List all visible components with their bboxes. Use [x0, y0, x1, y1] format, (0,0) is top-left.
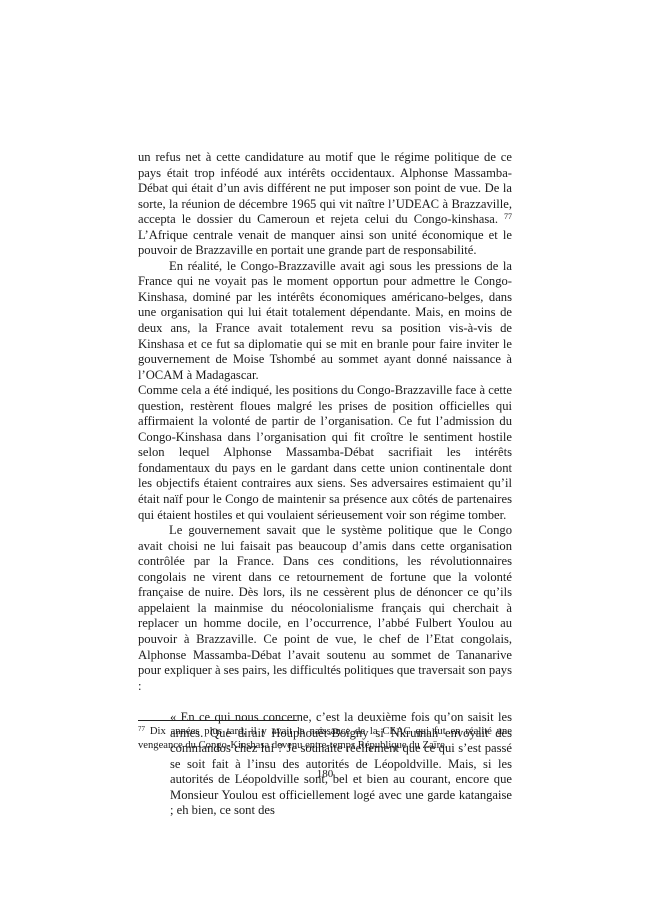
footnote-separator	[138, 720, 297, 721]
paragraph-4: Le gouvernement savait que le système po…	[138, 523, 512, 694]
paragraph-2: En réalité, le Congo-Brazzaville avait a…	[138, 259, 512, 383]
paragraph-1: un refus net à cette candidature au moti…	[138, 150, 512, 259]
footnote-reference[interactable]: 77	[504, 212, 512, 221]
page-body: un refus net à cette candidature au moti…	[138, 150, 512, 819]
footnote: 77 Dix années plus tard, il y avait la n…	[138, 725, 512, 753]
page-number: 180	[0, 768, 650, 780]
footnote-text: Dix années plus tard, il y avait la nais…	[138, 726, 512, 751]
footnote-number: 77	[138, 725, 145, 733]
paragraph-3: Comme cela a été indiqué, les positions …	[138, 383, 512, 523]
